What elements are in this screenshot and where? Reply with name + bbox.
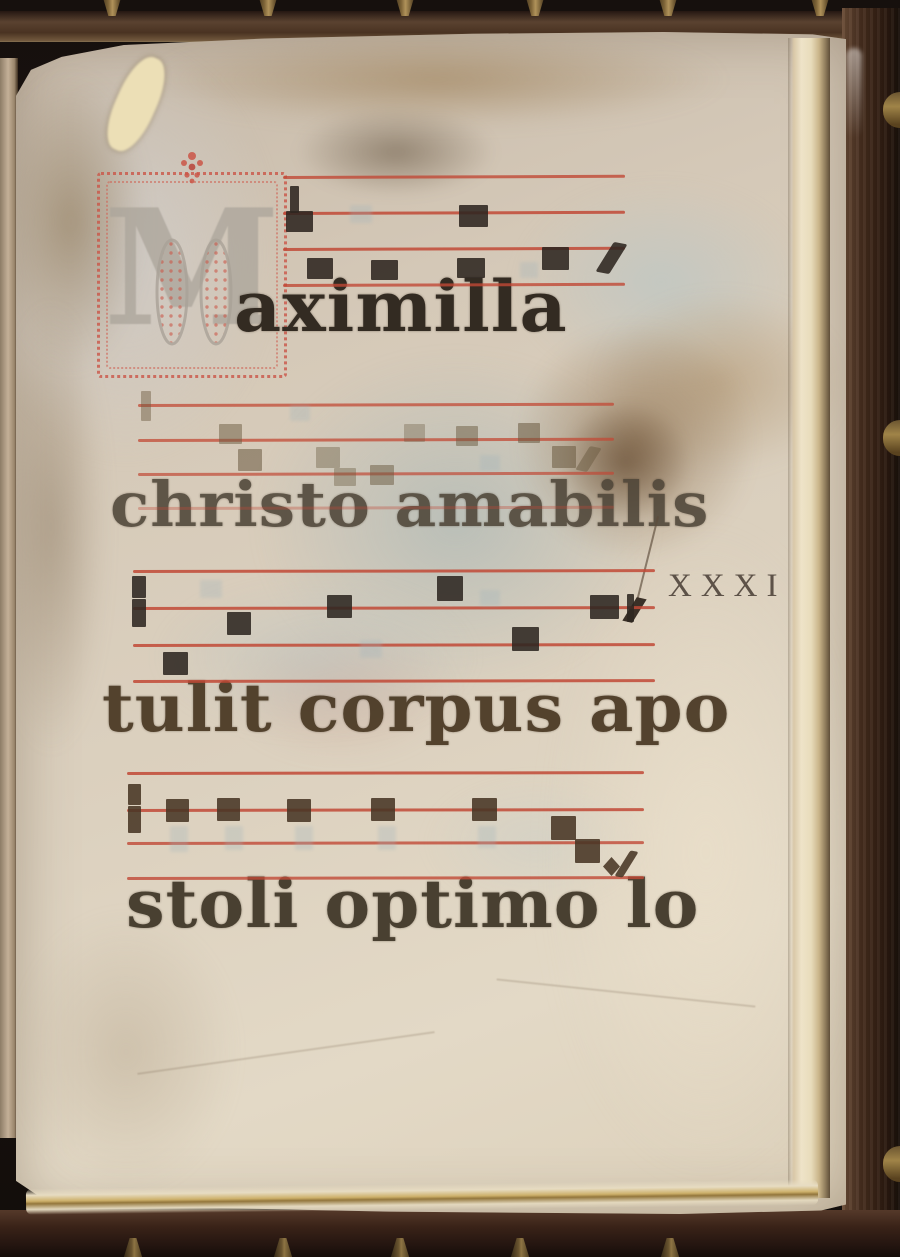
neume-sq xyxy=(459,205,488,227)
neume-sq xyxy=(334,468,356,486)
showthrough-mark xyxy=(290,405,310,421)
showthrough-mark xyxy=(350,205,372,223)
neume-sq xyxy=(327,595,352,618)
showthrough-mark xyxy=(200,580,222,598)
showthrough-mark xyxy=(170,826,188,852)
neume-sq xyxy=(132,576,146,598)
parchment-page: M axi xyxy=(16,32,846,1214)
lyric-line-4: stoli optimo lo xyxy=(126,871,700,937)
neume-sq xyxy=(370,465,394,485)
neume-sq xyxy=(512,627,539,651)
neume-sq xyxy=(316,447,340,468)
neume-sq xyxy=(472,798,497,821)
showthrough-mark xyxy=(480,455,500,471)
stain xyxy=(296,107,496,197)
neume-sq xyxy=(132,599,146,627)
neume-sq xyxy=(227,612,251,635)
lyric-line-3: tulit corpus apo xyxy=(102,675,730,741)
binding-leather-right xyxy=(842,8,900,1257)
neume-stem xyxy=(141,391,151,421)
neume-stem xyxy=(627,594,634,622)
showthrough-mark xyxy=(478,826,496,848)
neume-sq xyxy=(166,799,189,822)
neume-sq xyxy=(238,449,262,471)
showthrough-mark xyxy=(520,262,538,278)
neume-sq xyxy=(575,839,600,863)
showthrough-mark xyxy=(378,826,396,850)
showthrough-mark xyxy=(295,826,313,850)
neume-sq xyxy=(307,258,333,279)
leather-highlight xyxy=(846,48,862,138)
neume-sq xyxy=(217,798,240,821)
neume-sq xyxy=(163,652,188,675)
neume-sq xyxy=(371,260,398,280)
neume-sq xyxy=(552,446,576,468)
neume-sq xyxy=(404,424,425,442)
staff-line xyxy=(283,175,625,179)
folio-number: XXXI xyxy=(668,568,786,605)
neume-sq xyxy=(219,424,242,444)
neume-sq xyxy=(287,799,311,822)
lyric-line-2: christo amabilis xyxy=(110,474,709,536)
neume-sq xyxy=(542,247,569,270)
neume-sq xyxy=(518,423,540,443)
neume-sq xyxy=(128,806,141,833)
stain xyxy=(16,912,236,1192)
neume-sq xyxy=(457,258,485,278)
neume-sq xyxy=(437,576,463,601)
neume-sq xyxy=(128,784,141,805)
manuscript-photo: M axi xyxy=(0,0,900,1257)
showthrough-mark xyxy=(225,826,243,850)
neume-sq xyxy=(590,595,619,619)
neume-sq xyxy=(371,798,395,821)
showthrough-mark xyxy=(480,590,500,606)
facing-page-edge xyxy=(0,58,18,1138)
neume-sq xyxy=(551,816,576,840)
showthrough-mark xyxy=(360,640,382,658)
page-stack-edges xyxy=(788,38,830,1198)
neume-sq xyxy=(456,426,478,446)
neume-sq xyxy=(286,211,313,232)
neume-stem xyxy=(290,186,299,213)
